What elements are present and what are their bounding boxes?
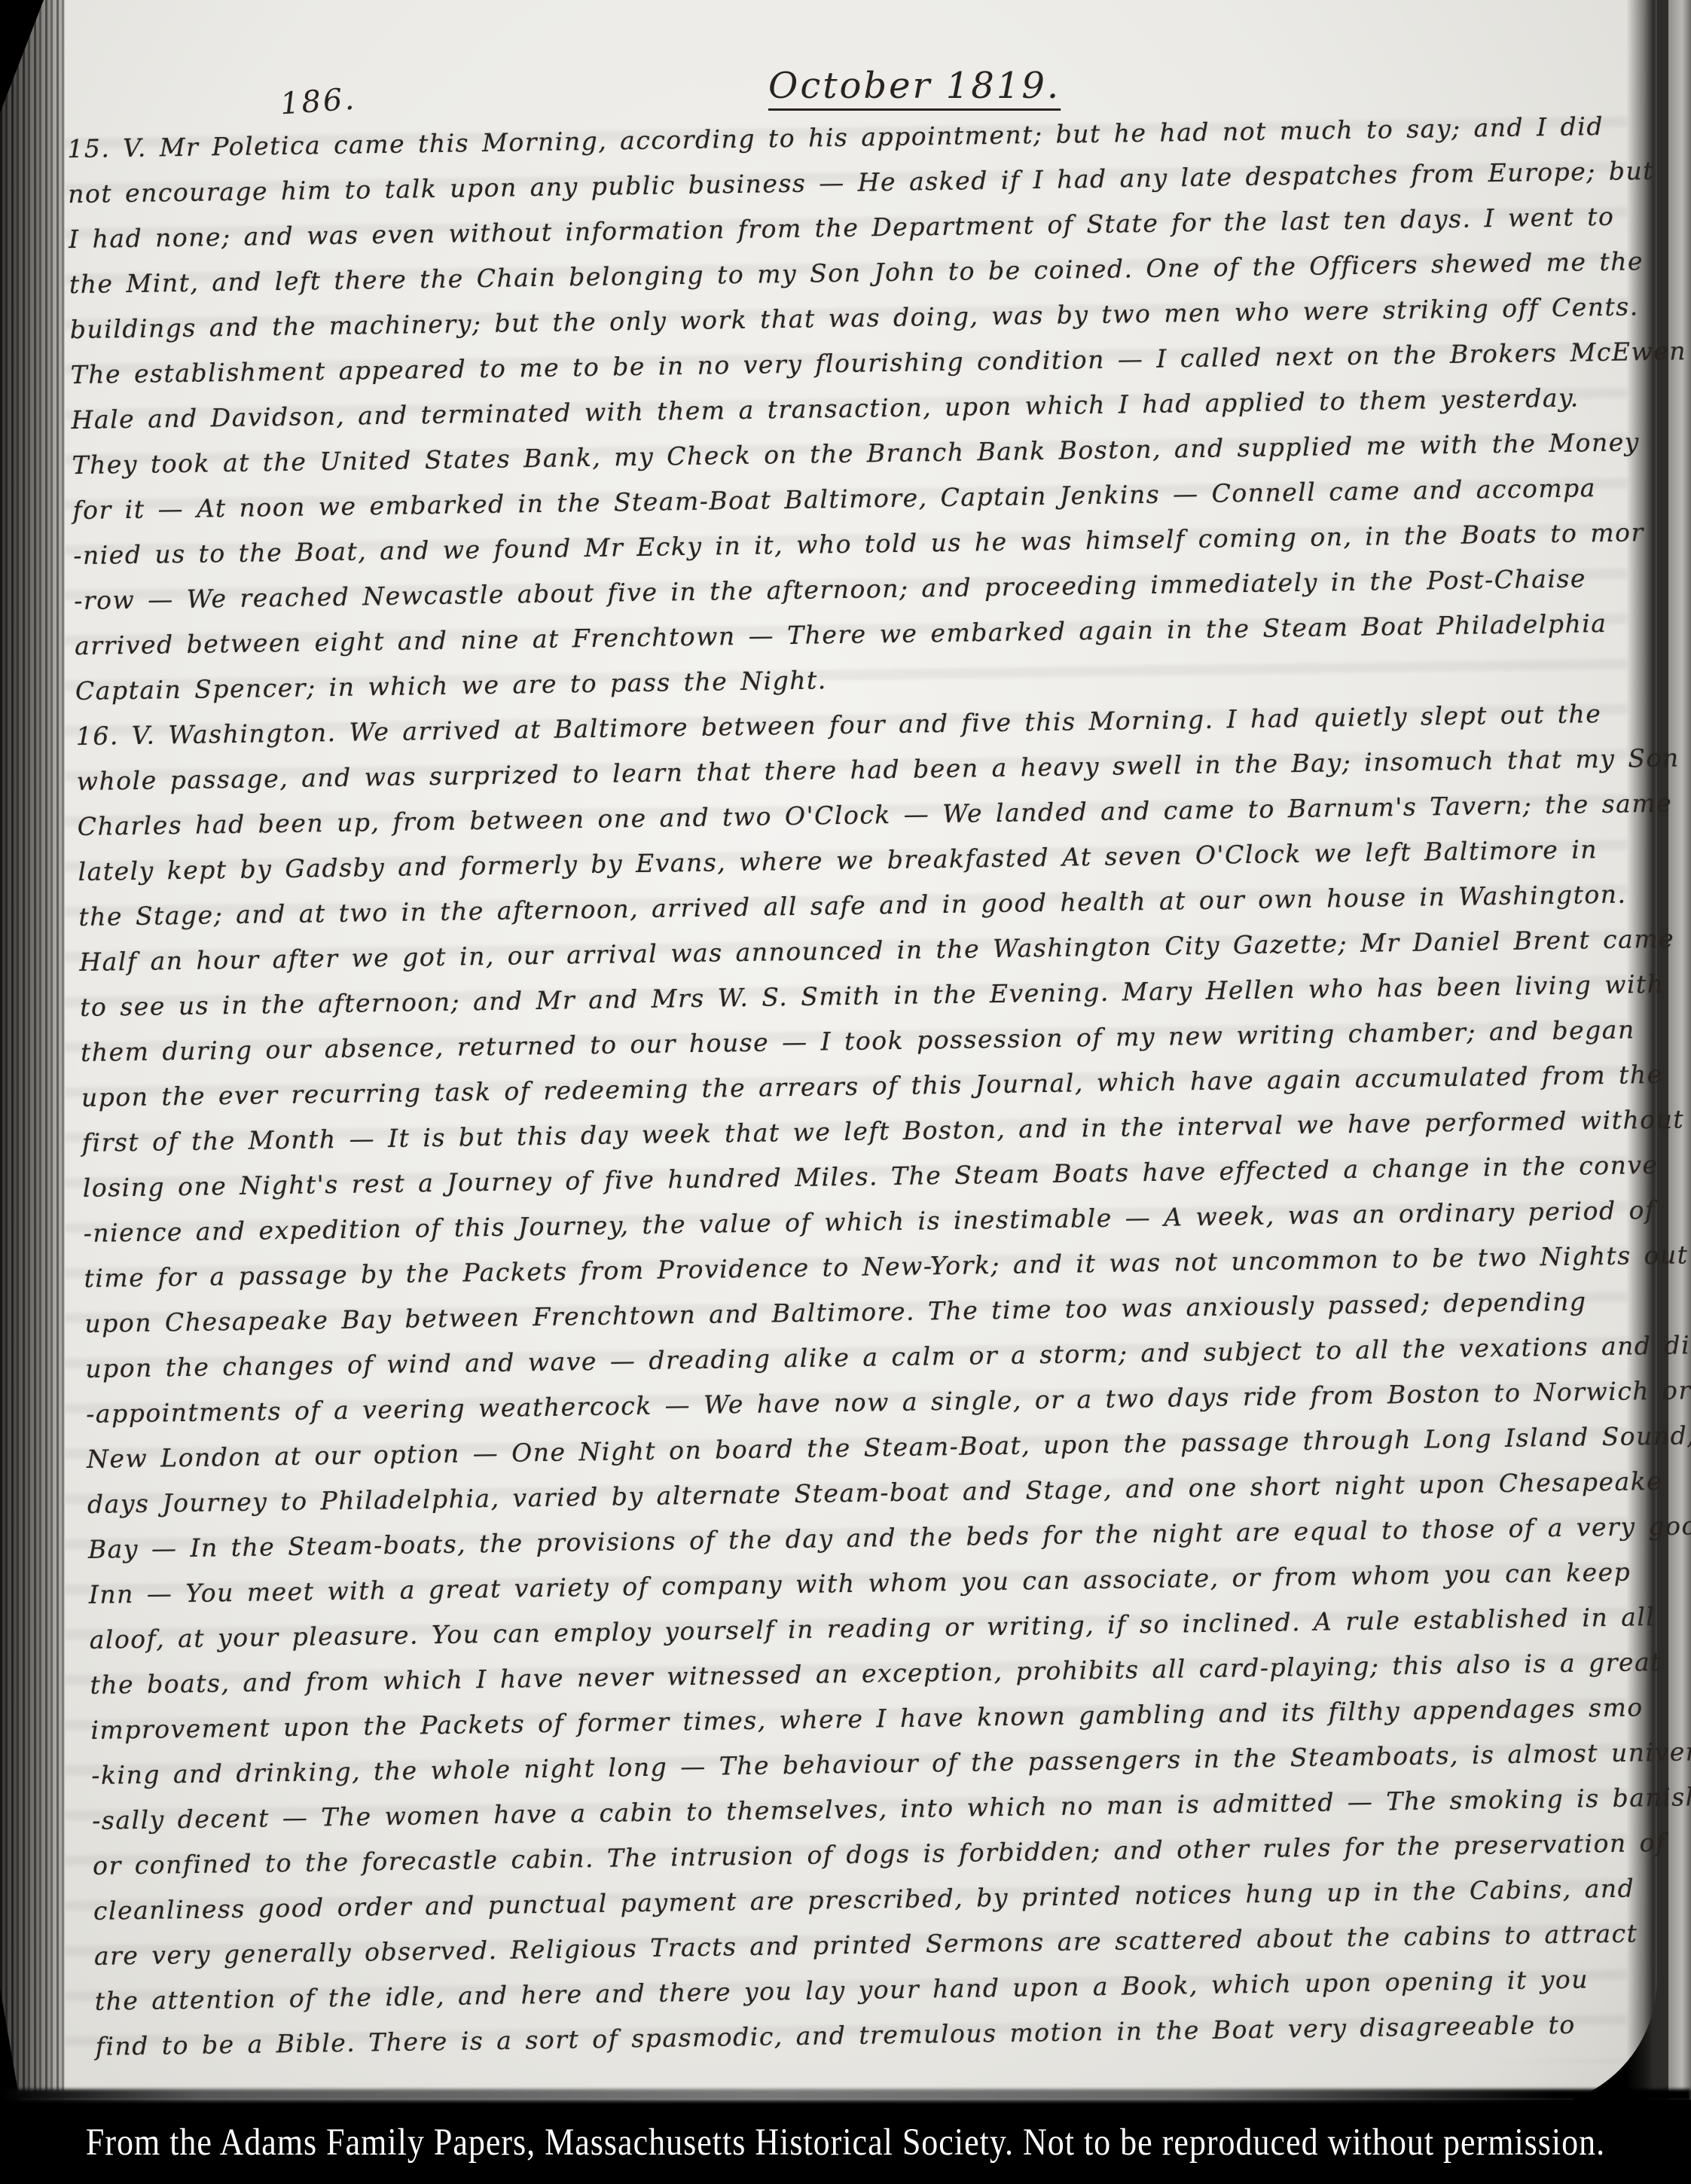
manuscript-scan: 186. October 1819. 15. V. Mr Poletica ca…: [0, 0, 1691, 2184]
manuscript-text: 15. V. Mr Poletica came this Morning, ac…: [67, 104, 1637, 2070]
book-fore-edge: [0, 0, 65, 2107]
caption-bar: From the Adams Family Papers, Massachuse…: [0, 2100, 1691, 2184]
page-header-title: October 1819.: [768, 65, 1061, 107]
page-number: 186.: [279, 82, 358, 122]
archive-caption: From the Adams Family Papers, Massachuse…: [86, 2120, 1605, 2164]
